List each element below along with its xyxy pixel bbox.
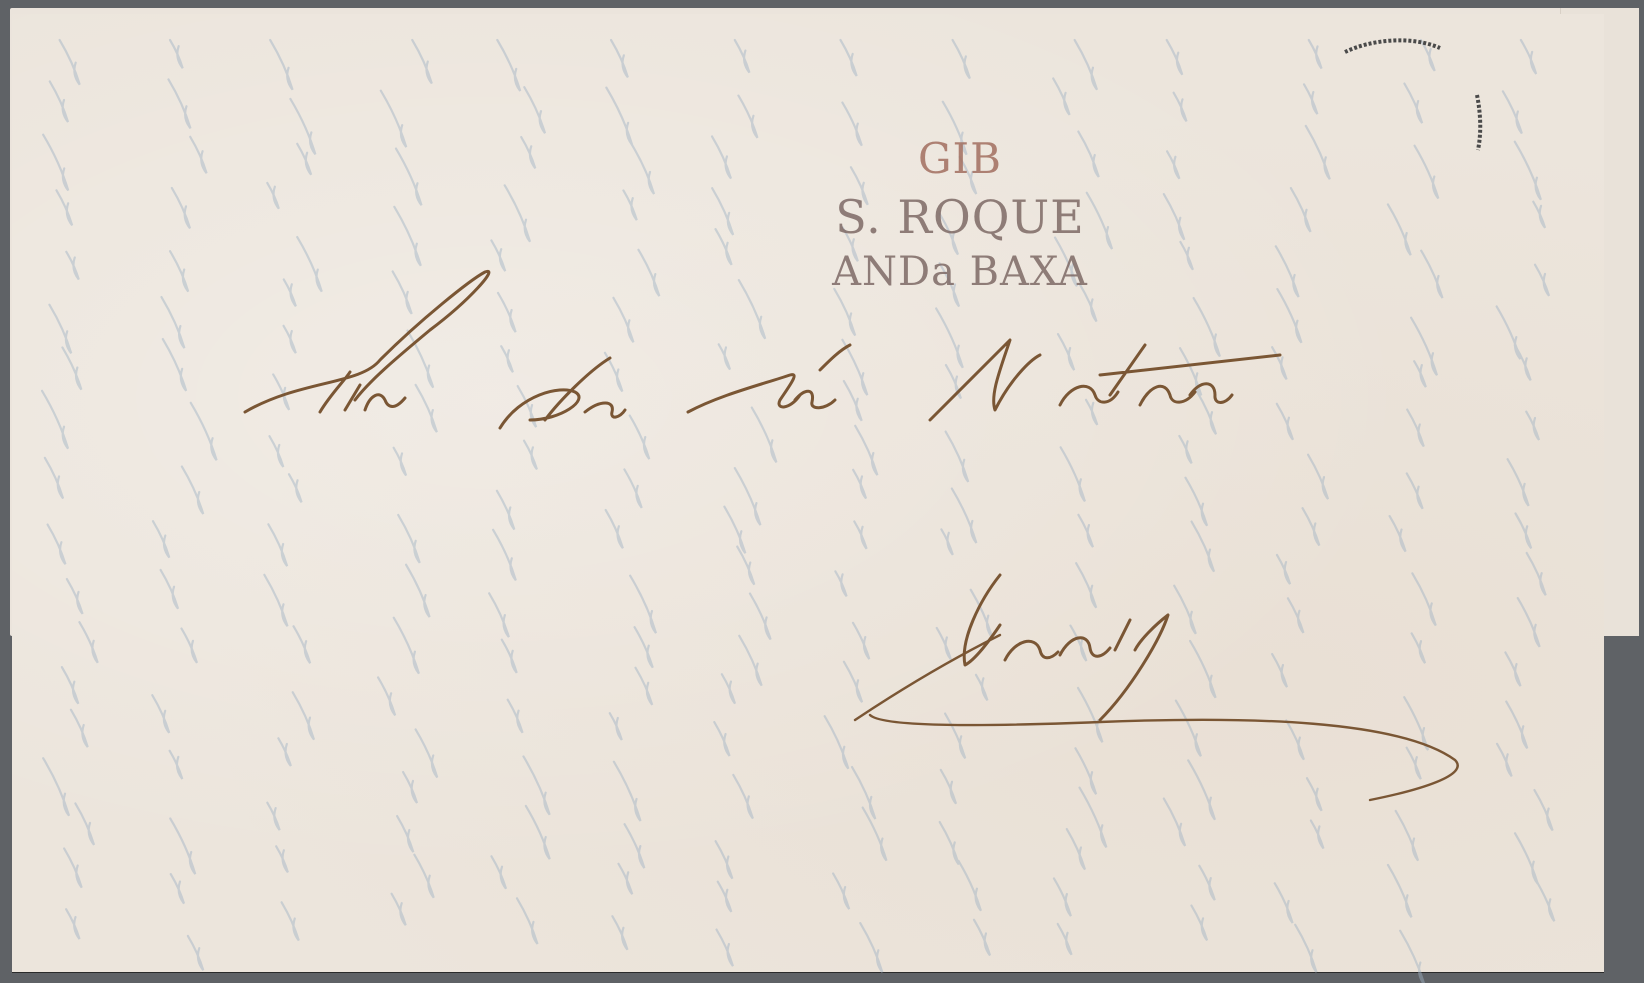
postmark-line-1: GIB	[810, 138, 1110, 180]
partial-postmark-arc	[1345, 40, 1440, 52]
postmark: GIB S. ROQUE ANDa BAXA	[810, 138, 1110, 292]
postmark-line-3: ANDa BAXA	[810, 252, 1110, 292]
postmark-line-2: S. ROQUE	[810, 194, 1110, 240]
